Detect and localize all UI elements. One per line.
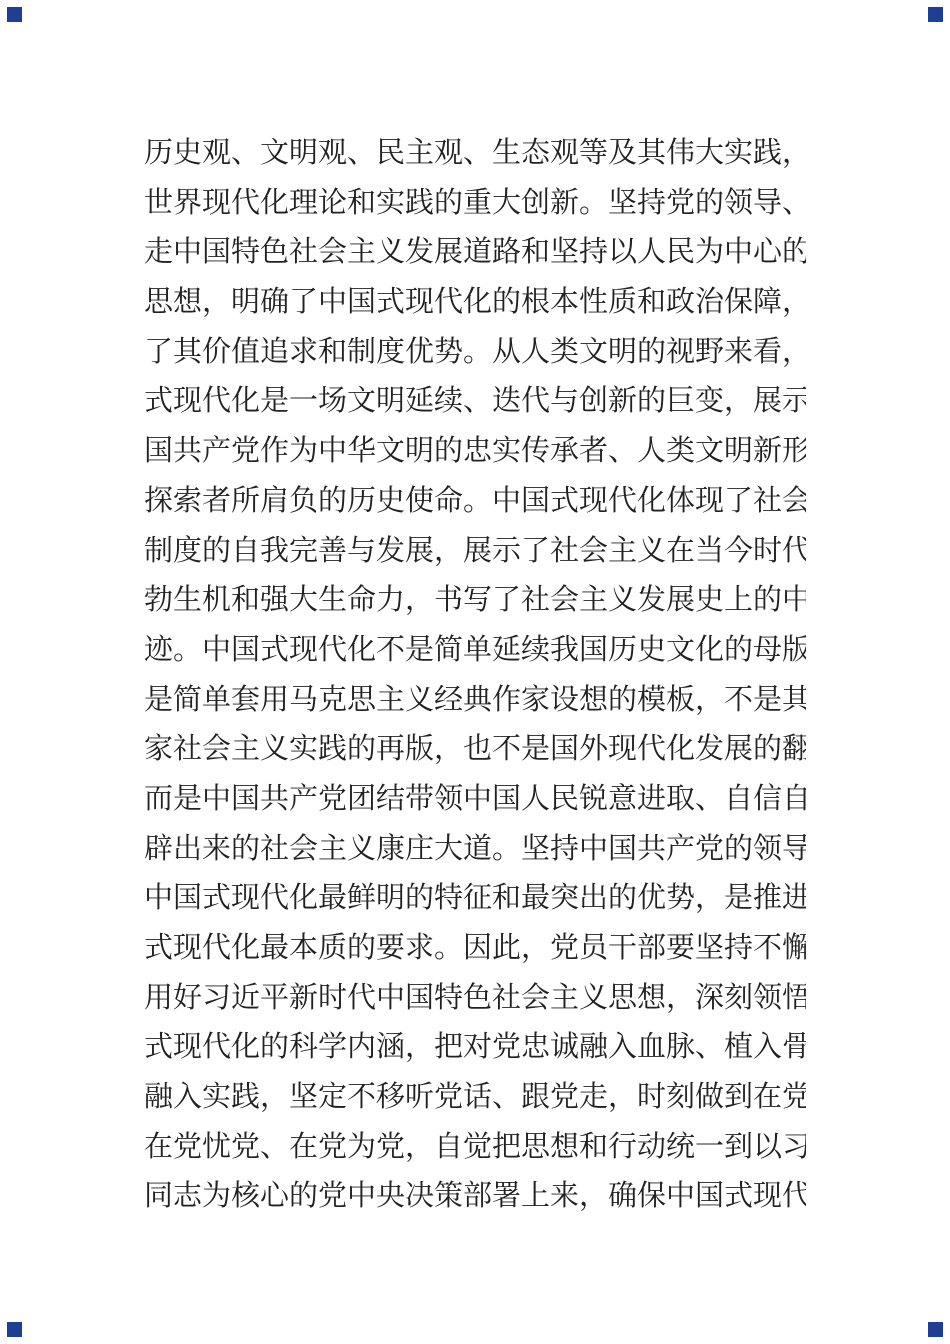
text-line: 融入实践，坚定不移听党话、跟党走，时刻做到在党言党 xyxy=(144,1073,806,1123)
text-line: 世界现代化理论和实践的重大创新。坚持党的领导、坚持 xyxy=(144,179,806,229)
text-line: 了其价值追求和制度优势。从人类文明的视野来看，中国 xyxy=(144,328,806,378)
text-line: 走中国特色社会主义发展道路和坚持以人民为中心的发展 xyxy=(144,228,806,278)
text-line: 国共产党作为中华文明的忠实传承者、人类文明新形态的 xyxy=(144,427,806,477)
text-line: 辟出来的社会主义康庄大道。坚持中国共产党的领导，是 xyxy=(144,825,806,875)
text-line: 思想，明确了中国式现代化的根本性质和政治保障，凸显 xyxy=(144,278,806,328)
text-line: 中国式现代化最鲜明的特征和最突出的优势，是推进中国 xyxy=(144,874,806,924)
text-line: 家社会主义实践的再版，也不是国外现代化发展的翻版， xyxy=(144,725,806,775)
text-line: 历史观、文明观、民主观、生态观等及其伟大实践，是对 xyxy=(144,129,806,179)
text-line: 探索者所肩负的历史使命。中国式现代化体现了社会主义 xyxy=(144,477,806,527)
text-line: 制度的自我完善与发展，展示了社会主义在当今时代的蓬 xyxy=(144,527,806,577)
corner-mark-bottom-right-icon xyxy=(928,1322,943,1337)
text-line: 式现代化是一场文明延续、迭代与创新的巨变，展示了中 xyxy=(144,377,806,427)
text-line: 勃生机和强大生命力，书写了社会主义发展史上的中国奇 xyxy=(144,576,806,626)
text-line: 式现代化的科学内涵，把对党忠诚融入血脉、植入骨髓、 xyxy=(144,1023,806,1073)
text-line: 是简单套用马克思主义经典作家设想的模板，不是其他国 xyxy=(144,676,806,726)
corner-mark-top-left-icon xyxy=(7,7,22,22)
document-body-text: 历史观、文明观、民主观、生态观等及其伟大实践，是对世界现代化理论和实践的重大创新… xyxy=(144,129,806,1222)
document-page: 历史观、文明观、民主观、生态观等及其伟大实践，是对世界现代化理论和实践的重大创新… xyxy=(0,0,950,1344)
text-line: 同志为核心的党中央决策部署上来，确保中国式现代化在 xyxy=(144,1172,806,1222)
text-line: 用好习近平新时代中国特色社会主义思想，深刻领悟中国 xyxy=(144,974,806,1024)
corner-mark-bottom-left-icon xyxy=(7,1322,22,1337)
text-line: 式现代化最本质的要求。因此，党员干部要坚持不懈学好 xyxy=(144,924,806,974)
text-line: 而是中国共产党团结带领中国人民锐意进取、自信自强开 xyxy=(144,775,806,825)
text-line: 在党忧党、在党为党，自觉把思想和行动统一到以习近平 xyxy=(144,1123,806,1173)
text-line: 迹。中国式现代化不是简单延续我国历史文化的母版，不 xyxy=(144,626,806,676)
corner-mark-top-right-icon xyxy=(928,7,943,22)
